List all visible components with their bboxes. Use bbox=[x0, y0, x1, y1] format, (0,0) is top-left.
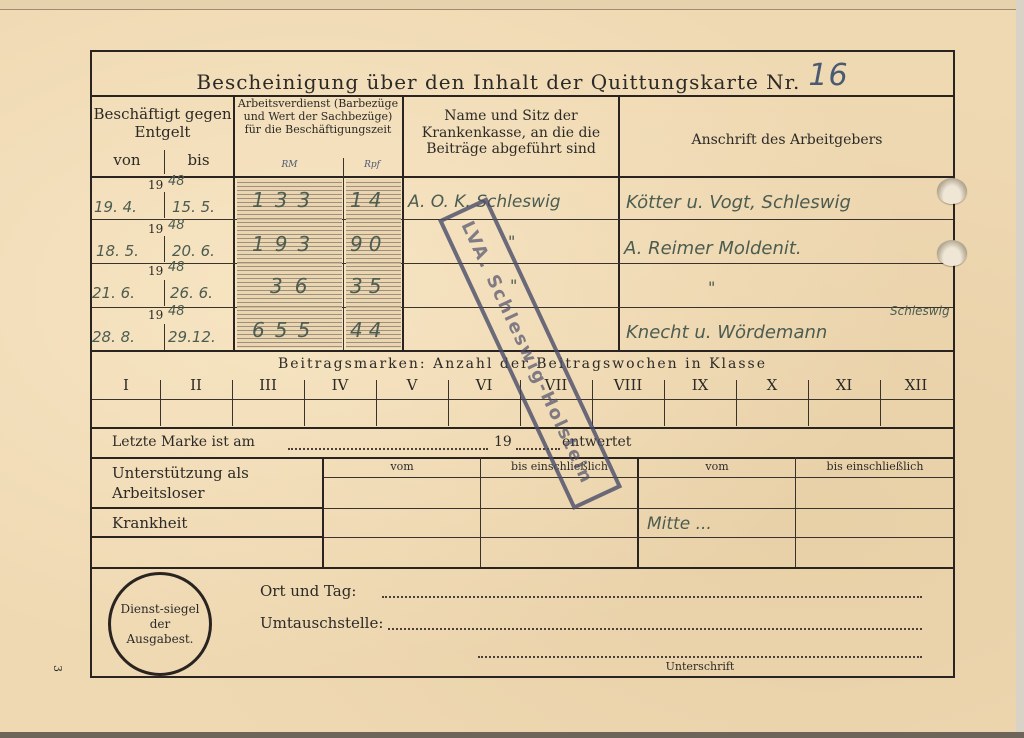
divider bbox=[232, 380, 233, 426]
bis-date: 29.12. bbox=[168, 328, 216, 346]
class-label: V bbox=[376, 376, 448, 394]
divider bbox=[164, 280, 165, 306]
exchange-office-field[interactable] bbox=[388, 628, 922, 630]
class-label: II bbox=[160, 376, 232, 394]
seal-text: Dienst-siegel der Ausgabest. bbox=[120, 602, 200, 647]
earnings-rpf: 44 bbox=[350, 318, 387, 342]
header-employer: Anschrift des Arbeitgebers bbox=[622, 132, 952, 149]
divider bbox=[736, 380, 737, 426]
divider bbox=[92, 536, 322, 538]
employer-address: Kötter u. Vogt, Schleswig bbox=[626, 192, 851, 213]
card-number: 16 bbox=[808, 58, 848, 93]
year: 48 bbox=[168, 218, 185, 233]
col-bis: bis einschließlich bbox=[797, 460, 953, 473]
employer-address: Knecht u. Wördemann bbox=[626, 322, 827, 343]
last-stamp-label: Letzte Marke ist am bbox=[112, 434, 255, 450]
divider bbox=[92, 176, 953, 178]
divider bbox=[164, 324, 165, 350]
form-title: Bescheinigung über den Inhalt der Quittu… bbox=[92, 62, 953, 97]
header-insurer: Name und Sitz der Krankenkasse, an die d… bbox=[406, 108, 616, 158]
col-vom: vom bbox=[639, 460, 795, 473]
earnings-rpf: 14 bbox=[350, 188, 387, 212]
class-label: XI bbox=[808, 376, 880, 394]
divider bbox=[92, 567, 953, 569]
row-divider bbox=[92, 263, 953, 264]
divider bbox=[795, 457, 796, 567]
signature-label: Unterschrift bbox=[478, 660, 922, 673]
class-label: IV bbox=[304, 376, 376, 394]
header-rpf: Rpf bbox=[344, 160, 400, 171]
divider bbox=[808, 380, 809, 426]
row-divider bbox=[92, 219, 953, 220]
class-label: III bbox=[232, 376, 304, 394]
divider bbox=[480, 457, 481, 567]
von-date: 19. 4. bbox=[94, 198, 137, 216]
divider bbox=[92, 95, 953, 97]
bis-date: 15. 5. bbox=[172, 198, 215, 216]
divider bbox=[376, 380, 377, 426]
row-divider bbox=[324, 537, 953, 538]
signature-field[interactable] bbox=[478, 656, 922, 658]
employer-address: " bbox=[708, 278, 715, 297]
illness-vom-value: Mitte ... bbox=[647, 514, 712, 534]
header-earnings: Arbeitsverdienst (Barbezüge und Wert der… bbox=[237, 98, 399, 137]
divider bbox=[160, 380, 161, 426]
employer-note: Schleswig bbox=[890, 304, 950, 318]
row-divider bbox=[324, 508, 953, 509]
employer-address: A. Reimer Moldenit. bbox=[624, 238, 802, 259]
divider bbox=[343, 176, 344, 350]
divider bbox=[664, 380, 665, 426]
title-text: Bescheinigung über den Inhalt der Quittu… bbox=[196, 70, 800, 94]
last-stamp-year-prefix: 19 bbox=[494, 434, 512, 450]
year: 48 bbox=[168, 304, 185, 319]
divider bbox=[164, 236, 165, 262]
earnings-rm: 36 bbox=[270, 274, 319, 298]
last-stamp-date-field[interactable] bbox=[288, 448, 488, 450]
class-label: IX bbox=[664, 376, 736, 394]
divider bbox=[592, 380, 593, 426]
binding-ring-icon bbox=[937, 178, 967, 204]
divider bbox=[92, 457, 953, 459]
divider bbox=[402, 95, 404, 350]
divider bbox=[304, 380, 305, 426]
page-top-edge bbox=[0, 0, 1024, 10]
support-label-unemployed: Unterstützung als Arbeitsloser bbox=[112, 464, 272, 503]
divider bbox=[322, 457, 324, 567]
page-number: 3 bbox=[51, 665, 64, 672]
binding-ring-icon bbox=[937, 240, 967, 266]
bis-date: 26. 6. bbox=[170, 284, 213, 302]
header-rm: RM bbox=[237, 160, 342, 171]
exchange-office-label: Umtauschstelle: bbox=[260, 614, 383, 632]
von-date: 18. 5. bbox=[96, 242, 139, 260]
bis-date: 20. 6. bbox=[172, 242, 215, 260]
page-bottom-edge bbox=[0, 732, 1024, 738]
divider bbox=[618, 95, 620, 350]
earnings-rm: 655 bbox=[252, 318, 320, 342]
year-prefix: 19 bbox=[148, 308, 163, 322]
row-divider bbox=[324, 477, 953, 478]
year-prefix: 19 bbox=[148, 264, 163, 278]
von-date: 28. 8. bbox=[92, 328, 135, 346]
year-prefix: 19 bbox=[148, 178, 163, 192]
class-label: VI bbox=[448, 376, 520, 394]
earnings-rm: 133 bbox=[252, 188, 320, 212]
class-label: I bbox=[92, 376, 160, 394]
document-page: Bescheinigung über den Inhalt der Quittu… bbox=[0, 0, 1024, 738]
class-label: XII bbox=[880, 376, 952, 394]
divider bbox=[164, 192, 165, 218]
divider bbox=[92, 507, 322, 509]
header-bis: bis bbox=[164, 152, 233, 170]
place-date-label: Ort und Tag: bbox=[260, 582, 356, 600]
earnings-rpf: 35 bbox=[350, 274, 387, 298]
col-vom: vom bbox=[324, 460, 480, 473]
year-prefix: 19 bbox=[148, 222, 163, 236]
divider bbox=[92, 427, 953, 429]
von-date: 21. 6. bbox=[92, 284, 135, 302]
divider bbox=[448, 380, 449, 426]
support-label-illness: Krankheit bbox=[112, 514, 187, 532]
header-employed: Beschäftigt gegen Entgelt bbox=[92, 106, 233, 141]
header-von: von bbox=[92, 152, 162, 170]
earnings-rpf: 90 bbox=[350, 232, 387, 256]
class-label: VIII bbox=[592, 376, 664, 394]
year: 48 bbox=[168, 260, 185, 275]
class-label: X bbox=[736, 376, 808, 394]
page-right-edge bbox=[1016, 0, 1024, 738]
divider bbox=[233, 95, 235, 350]
divider bbox=[880, 380, 881, 426]
official-seal-area: Dienst-siegel der Ausgabest. bbox=[108, 572, 212, 676]
year: 48 bbox=[168, 174, 185, 189]
divider bbox=[637, 457, 639, 567]
place-date-field[interactable] bbox=[382, 596, 922, 598]
earnings-rm: 193 bbox=[252, 232, 320, 256]
